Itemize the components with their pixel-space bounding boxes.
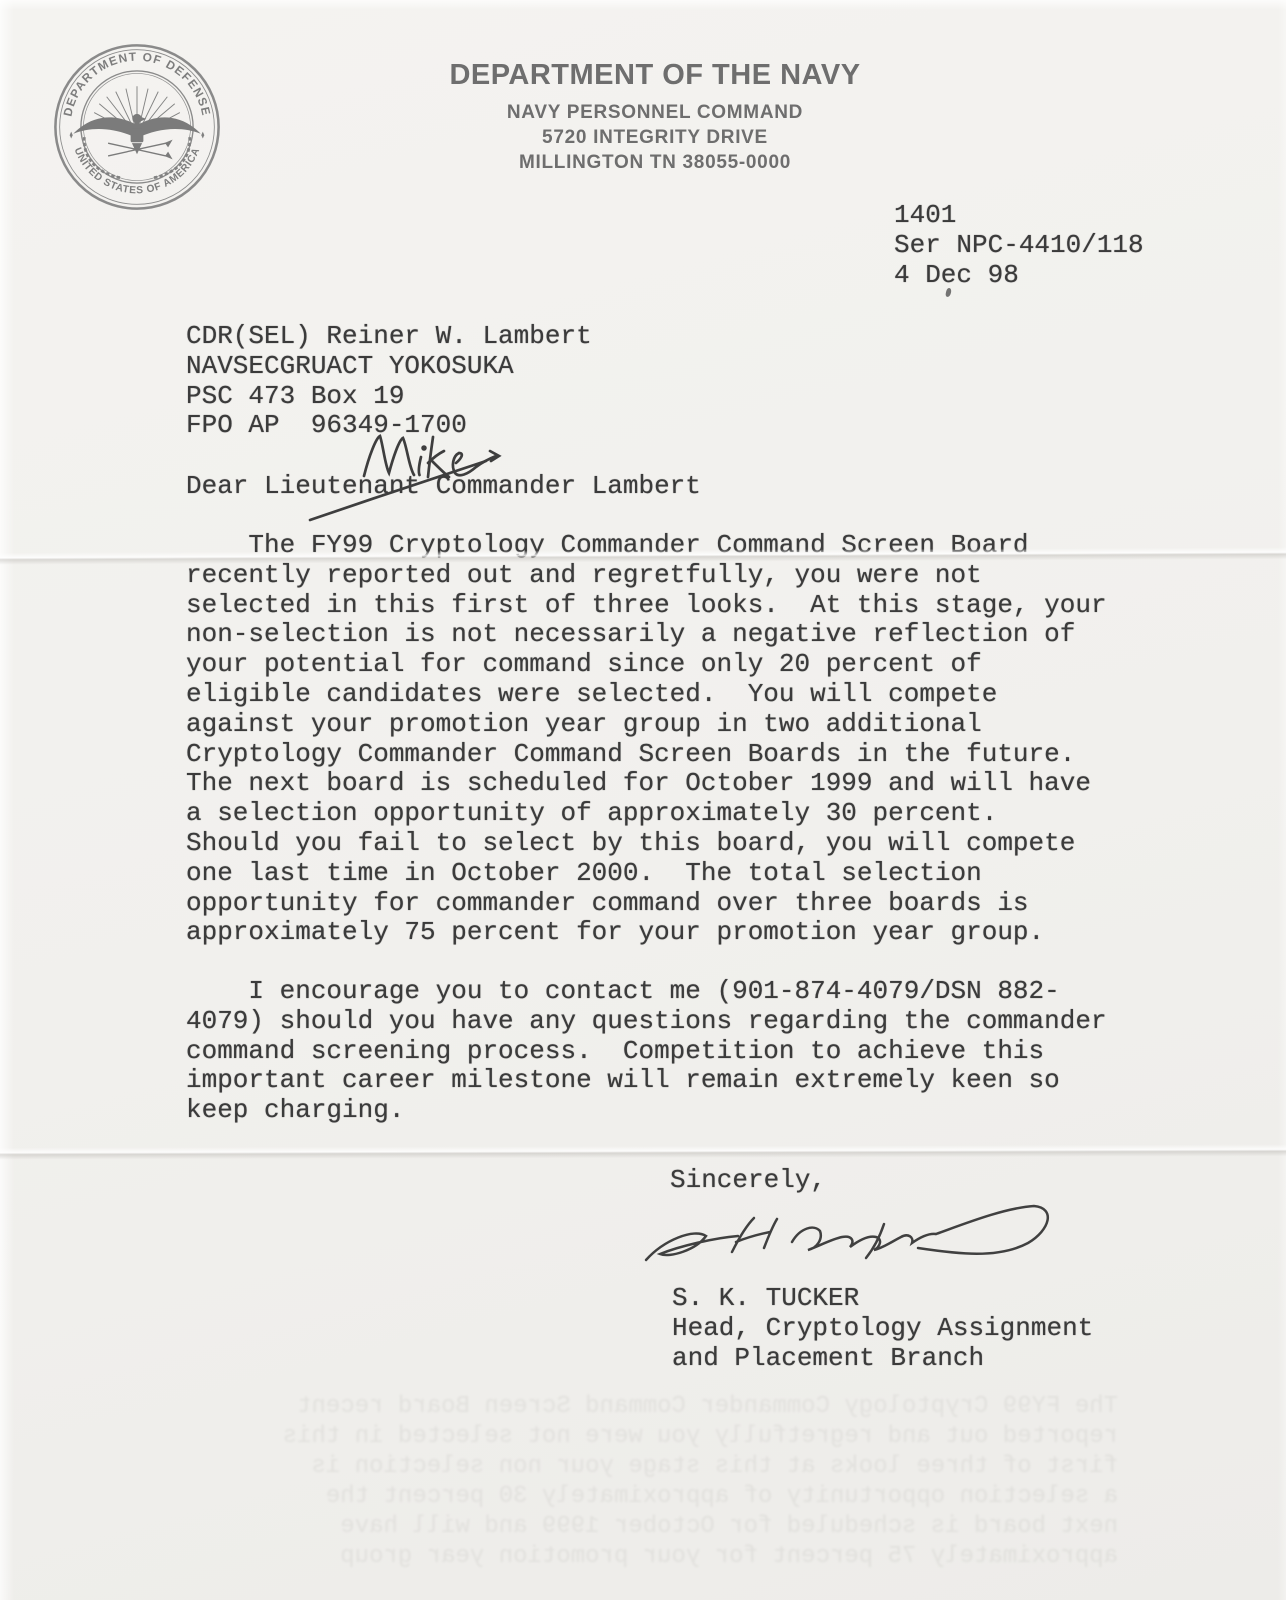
letterhead-department-line: DEPARTMENT OF THE NAVY — [12, 60, 1286, 90]
handwritten-name-annotation — [288, 428, 528, 530]
page-bleedthrough-text: The FY99 Cryptology Commander Command Sc… — [186, 1392, 1118, 1572]
recipient-address-block: CDR(SEL) Reiner W. Lambert NAVSECGRUACT … — [186, 322, 592, 441]
handwritten-mike-script — [364, 436, 414, 476]
scanned-letter-page: DEPARTMENT OF DEFENSE UNITED STATES OF A… — [0, 0, 1286, 1600]
body-paragraph-2: I encourage you to contact me (901-874-4… — [186, 977, 1107, 1126]
valediction-text: Sincerely, — [670, 1166, 826, 1196]
letterhead-command-line: NAVY PERSONNEL COMMAND — [12, 100, 1286, 125]
letterhead-address-line2: MILLINGTON TN 38055-0000 — [12, 150, 1286, 175]
body-paragraph-1: The FY99 Cryptology Commander Command Sc… — [186, 531, 1107, 948]
ink-mark — [945, 288, 952, 298]
letterhead-address-line1: 5720 INTEGRITY DRIVE — [12, 125, 1286, 150]
fold-crease-bottom — [0, 1144, 1286, 1159]
strike-through-line — [310, 461, 486, 520]
reference-block: 1401 Ser NPC-4410/118 4 Dec 98 — [894, 201, 1144, 290]
signer-block: S. K. TUCKER Head, Cryptology Assignment… — [672, 1284, 1093, 1373]
letterhead: DEPARTMENT OF THE NAVY NAVY PERSONNEL CO… — [12, 60, 1286, 175]
handwritten-signature — [636, 1196, 1096, 1286]
